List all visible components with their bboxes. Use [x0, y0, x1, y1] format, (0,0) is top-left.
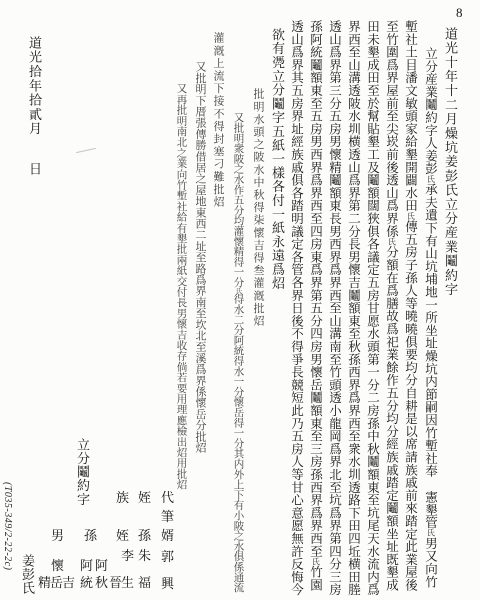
body-column-6: 透山爲界第三分五房男懷精鬮額東長男西界爲界西至山溝南至竹頭透小龍岡爲界北至坑爲界… [328, 20, 341, 596]
text-run: 田未墾成田至於幫貼墾工及鬮額闊狹俱各議定五房甘愿水頭第一分二房孫中秋鬮額東至坑尾… [366, 20, 380, 596]
text-run: 批明水頭之陂水中秋得柒懷吉得叁灌漑批炤 [252, 88, 264, 327]
catalog-number: (T035-349/2-22-2c) [2, 482, 13, 570]
text-run: 塹社土目潘文敏頭家給墾開闢水田 [404, 20, 418, 212]
text-run: 承夫遺下有山坑埔地一所坐址燥坑内節嗣因竹塹社奉 [424, 183, 438, 477]
text-run: 日 [27, 162, 42, 175]
date-column: 道光拾年拾貳月 [28, 36, 41, 136]
body-column-5: 界西至山溝透陂水圳横透山爲界第二分長男懷吉鬮額東至秋孫西界爲界西至衆水圳透路下田… [347, 20, 360, 596]
signature-char: 筆 [161, 510, 174, 523]
annotation-column-1: 批明水頭之陂水中秋得柒懷吉得叁灌漑批炤 [252, 88, 263, 327]
signature-char: 婿 [161, 529, 174, 542]
text-run: 透山爲界其五房界址經族戚俱各踏明議定各管各界日後不得爭長競短此乃五房人等甘心意愿… [290, 20, 304, 596]
signature-char: 吉 [62, 576, 75, 589]
text-run: 欲有凴立分鬮字五紙一樣各付一紙永遠爲炤 [270, 28, 285, 290]
annotation-column-3: 灌漑上流下接不得封塞刁難批炤 [212, 32, 223, 208]
signature-char: 懷 [51, 559, 64, 572]
annotation-column-2: 又批明衆陂之水作五分均灌懷精得一分氏得水二分阿統得水一分懷岳得一分其内外上下有小… [232, 112, 243, 592]
text-run: 傳五房子孫人等曉曉俱要均分自耕是以席請族戚前來踏定此業屋後 [404, 220, 418, 591]
scratch-mark [76, 148, 96, 153]
small-inline-char: 氏 [427, 175, 436, 183]
text-run: 至竹圍爲界屋前至尖崁前後透山爲界係 [385, 20, 399, 238]
body-column-8: 透山爲界其五房界址經族戚俱各踏明議定各管各界日後不得爭長競短此乃五房人等甘心意愿… [290, 20, 303, 596]
text-run: 竹園 [309, 566, 323, 592]
body-column-3: 至竹圍爲界屋前至尖崁前後透山爲界係氏分額在爲膳故爲祀業餘作五分均分經族戚踏定鬮額… [385, 20, 398, 591]
text-run: 男又向竹 [424, 537, 438, 588]
signature-char: 男 [51, 529, 64, 542]
text-run: 立分産業鬮約字人姜彭 [424, 47, 438, 175]
day-placeholder: 日 [28, 162, 41, 175]
text-run: 得水二分阿統得水一分懷岳得一分其内外上下有小陂之水俱係通流 [233, 293, 244, 592]
text-run: 灌漑上流下接不得封塞刁難批炤 [212, 32, 224, 208]
signature-char: 生 [121, 576, 134, 589]
body-column-4: 田未墾成田至於幫貼墾工及鬮額闊狹俱各議定五房甘愿水頭第一分二房孫中秋鬮額東至坑尾… [366, 20, 379, 596]
annotation-column-4: 又批明下厝張傳勝借居之屋地東西二址至路爲界南至坎北至溪爲界係懷岳分批炤 [194, 61, 205, 453]
text-run: 道光十年十二月燥坑姜彭氏立分産業鬮約字 [443, 27, 458, 297]
text-run: 立分鬮約字 [75, 438, 90, 506]
contract-label-column: 立分鬮約字 [76, 438, 89, 506]
signature-char: 郭 [161, 550, 174, 563]
text-run: 又再批明南北之業向竹塹社給有墾批兩紙交付長男懷吉收存倘若要用理應檢出炤用批炤 [176, 83, 187, 490]
text-run: 姜彭氏 [20, 554, 35, 595]
text-run: 透山爲界第三分五房男懷精鬮額東長男西界爲界西至山溝南至竹頭透小龍岡爲界北至坑爲界… [328, 20, 342, 596]
small-inline-char: 氏 [388, 238, 397, 246]
signature-char: 代 [161, 491, 174, 504]
signature-char: 統 [80, 576, 93, 589]
body-column-9: 欲有凴立分鬮字五紙一樣各付一紙永遠爲炤 [271, 28, 284, 290]
signature-char: 阿 [95, 559, 108, 572]
signature-char: 姪 [138, 491, 151, 504]
text-run: 憲墾管 [424, 490, 438, 528]
small-inline-char: 氏 [407, 212, 416, 220]
text-run: 孫阿統鬮額東至五房男西界爲界西至四房東爲界第五分四房男懷岳鬮額東至三房孫西界爲界… [309, 20, 323, 558]
signature-char: 福 [138, 576, 151, 589]
text-run: 界西至山溝透陂水圳横透山爲界第二分長男懷吉鬮額東至秋孫西界爲界西至衆水圳透路下田… [347, 20, 361, 596]
signature-char: 孫 [138, 529, 151, 542]
page-number: 8 [456, 5, 463, 21]
small-inline-char: 氏 [312, 558, 321, 566]
document-page: 8 (T035-349/2-22-2c) 道光十年十二月燥坑姜彭氏立分産業鬮約字… [0, 0, 480, 600]
signature-char: 孫 [84, 529, 97, 542]
title-column: 道光十年十二月燥坑姜彭氏立分産業鬮約字 [444, 27, 457, 297]
signature-char: 阿 [80, 559, 93, 572]
signer-name-column: 姜彭氏 [21, 554, 34, 595]
text-run: 又批明衆陂之水作五分均灌懷精得一分 [233, 112, 244, 287]
signature-char: 興 [161, 577, 174, 590]
signature-char: 姪 [116, 529, 129, 542]
small-inline-char: 氏 [427, 529, 436, 537]
body-column-2: 塹社土目潘文敏頭家給墾開闢水田氏傳五房子孫人等曉曉俱要均分自耕是以席請族戚前來踏… [404, 20, 417, 591]
signature-char: 秋 [95, 576, 108, 589]
signature-char: 朱 [138, 549, 151, 562]
annotation-column-5: 又再批明南北之業向竹塹社給有墾批兩紙交付長男懷吉收存倘若要用理應檢出炤用批炤 [175, 83, 186, 490]
signature-char: 李 [121, 549, 134, 562]
body-column-7: 孫阿統鬮額東至五房男西界爲界西至四房東爲界第五分四房男懷岳鬮額東至三房孫西界爲界… [309, 20, 322, 591]
honorific-gap [430, 477, 432, 490]
body-column-1: 立分産業鬮約字人姜彭氏承夫遺下有山坑埔地一所坐址燥坑内節嗣因竹塹社奉憲墾管氏男又… [424, 47, 437, 588]
signature-char: 族 [116, 491, 129, 504]
text-run: 道光拾年拾貳月 [27, 36, 42, 136]
text-run: 分額在爲膳故爲祀業餘作五分均分經族戚踏定鬮額坐址既墾成 [385, 246, 399, 592]
text-run: 又批明下厝張傳勝借居之屋地東西二址至路爲界南至坎北至溪爲界係懷岳分批炤 [194, 61, 206, 453]
